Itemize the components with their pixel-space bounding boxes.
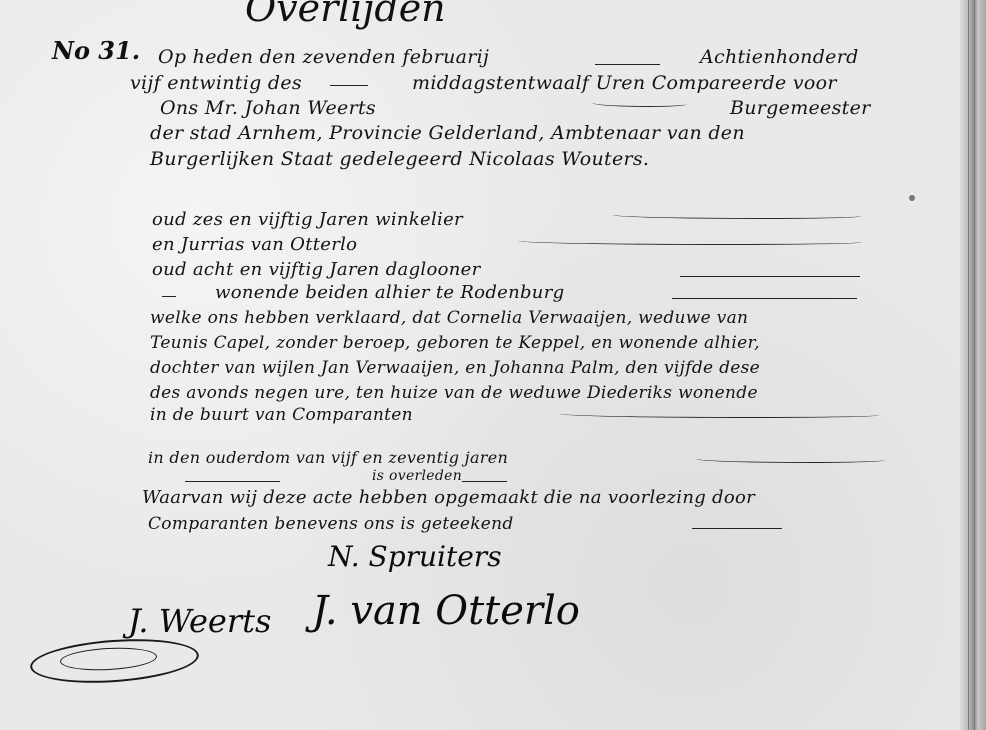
filler-wave [592,100,687,107]
filler-wave [560,411,880,418]
edge-line [974,0,975,730]
edge-line [968,0,969,730]
header-fragment: Overlijden [245,0,446,30]
filler-wave [518,238,863,245]
declaration-line-3: dochter van wijlen Jan Verwaaijen, en Jo… [150,358,760,378]
signature-official: J. Weerts [128,602,271,640]
filler-dash [692,528,782,529]
age-line: in den ouderdom van vijf en zeventig jar… [148,448,508,467]
declaration-line-5: in de buurt van Comparanten [150,405,413,425]
opening-line-3-suffix: Burgemeester [730,97,871,119]
opening-line-4: der stad Arnhem, Provincie Gelderland, A… [150,122,745,144]
filler-wave [695,456,885,463]
signature-witness-2: J. van Otterlo [312,588,580,634]
opening-line-5: Burgerlijken Staat gedelegeerd Nicolaas … [150,148,649,170]
filler-dash [185,481,280,482]
witness-line-3: oud acht en vijftig Jaren daglooner [152,259,480,280]
witness-line-4: wonende beiden alhier te Rodenburg [215,282,564,303]
filler-wave [612,212,862,219]
witness-line-1: oud zes en vijftig Jaren winkelier [152,209,463,230]
filler-dash [595,64,660,65]
declaration-line-1: welke ons hebben verklaard, dat Cornelia… [150,308,748,328]
filler-dash [680,276,860,277]
opening-line-2: vijf entwintig des [130,72,302,94]
filler-dash [462,481,507,482]
closing-line-1: Waarvan wij deze acte hebben opgemaakt d… [142,487,755,508]
record-number: No 31. [52,36,140,65]
closing-line-2: Comparanten benevens ons is geteekend [148,514,514,534]
opening-line-1: Op heden den zevenden februarij [158,46,489,68]
declaration-line-4: des avonds negen ure, ten huize van de w… [150,383,758,403]
filler-dash [330,85,368,86]
filler-dash [672,298,857,299]
page-binding-edge [960,0,986,730]
deceased-line: is overleden [372,468,462,484]
witness-line-2: en Jurrias van Otterlo [152,234,357,255]
filler-dash [162,296,176,297]
opening-line-1-suffix: Achtienhonderd [700,46,859,68]
declaration-line-2: Teunis Capel, zonder beroep, geboren te … [150,333,760,353]
opening-line-3: Ons Mr. Johan Weerts [160,97,376,119]
ink-blot [909,195,915,201]
opening-line-2-suffix: middagstentwaalf Uren Compareerde voor [412,72,837,94]
signature-witness-1: N. Spruiters [328,540,502,573]
